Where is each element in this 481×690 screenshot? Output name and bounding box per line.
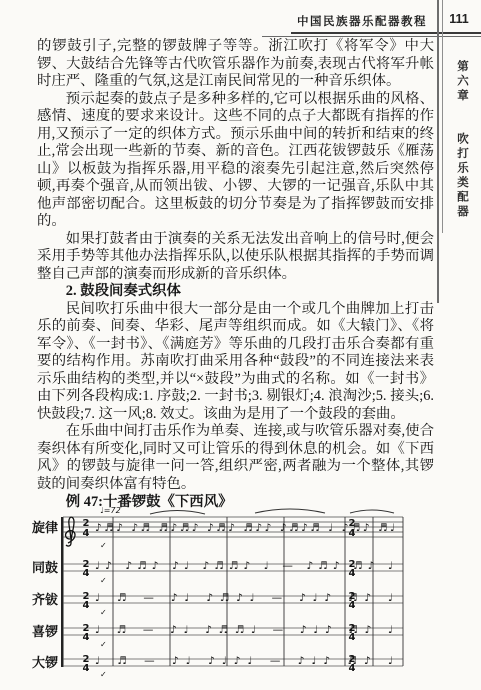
- staff-label: 齐钹: [32, 592, 58, 607]
- svg-text:4: 4: [83, 663, 90, 674]
- chapter-side-tab: 第六章 吹打乐类配器: [446, 60, 470, 280]
- system-bracket: [61, 517, 64, 667]
- grace-mark: ✓: [100, 640, 107, 649]
- book-title: 中国民族器乐配器教程: [297, 13, 427, 29]
- paragraph: 的锣鼓引子,完整的锣鼓牌子等等。浙江吹打《将军令》中大锣、大鼓结合先锋等古代吹管…: [37, 38, 434, 91]
- body-text: 的锣鼓引子,完整的锣鼓牌子等等。浙江吹打《将军令》中大锣、大鼓结合先锋等古代吹管…: [37, 38, 434, 512]
- paragraph: 民间吹打乐曲中很大一部分是由一个或几个曲牌加上打击乐的前奏、间奏、华彩、尾声等组…: [37, 301, 434, 424]
- score-figure: 旋律 同鼓 齐钹 喜锣 大锣 ♩=72 2 4 2 4 2 4 2 4 2 4: [0, 505, 481, 685]
- grace-mark: ✓: [100, 541, 107, 550]
- staff-label: 旋律: [32, 520, 58, 535]
- staff-notes: ♩ ♬ — ♪♩ ♪♩♪♩ — ♪♩♪ ♬♪ ♩: [95, 655, 393, 667]
- slur-arcs: [150, 509, 394, 514]
- score-svg: 旋律 同鼓 齐钹 喜锣 大锣 ♩=72 2 4 2 4 2 4 2 4 2 4: [0, 505, 481, 685]
- staff-label: 同鼓: [32, 560, 59, 575]
- svg-text:4: 4: [83, 528, 90, 539]
- grace-mark: ✓: [100, 608, 107, 617]
- staff-notes: ♩ ♬ — ♪♩ ♪♬♪♩ — ♪♩♪ ♬♪ ♩: [95, 592, 393, 604]
- header-rule-primary: [291, 32, 481, 34]
- header-rule-secondary: [262, 36, 481, 37]
- staff-label: 喜锣: [32, 624, 58, 639]
- grace-mark: ✓: [100, 576, 107, 585]
- svg-text:4: 4: [83, 600, 90, 611]
- grace-mark: ✓: [100, 670, 107, 679]
- svg-text:4: 4: [83, 568, 90, 579]
- staff-notes: ♩ ♬ — ♪♩ ♪♬♬♩ — ♪♩♪ ♬♪ ♩: [95, 624, 393, 636]
- time-signature: 2 4 2 4 2 4 2 4 2 4: [83, 518, 90, 674]
- staff-notes: ♪♬♪ ♪♬ ♬♪♬♪ ♪♬♪ ♬♪♪ ♪♬♪♬ ♩ ♪♬♪ ♬♩: [95, 522, 395, 534]
- barline-group: [113, 517, 403, 666]
- paragraph: 在乐曲中间打击乐作为单奏、连接,或与吹管乐器对奏,使合奏织体有所变化,同时又可让…: [37, 423, 434, 493]
- percussion-staff-lines: [63, 564, 403, 666]
- paragraph: 如果打鼓者由于演奏的关系无法发出音响上的信号时,便会采用手势等其他办法指挥乐队,…: [37, 231, 434, 284]
- book-page: 中国民族器乐配器教程 111 第六章 吹打乐类配器 的锣鼓引子,完整的锣鼓牌子等…: [0, 0, 481, 690]
- tempo-marking: ♩=72: [100, 506, 121, 515]
- svg-text:4: 4: [83, 632, 90, 643]
- section-label: 吹打乐类配器: [456, 133, 468, 220]
- paragraph: 预示起奏的鼓点子是多种多样的,它可以根据乐曲的风格、感情、速度的要求来设计。这些…: [37, 91, 434, 231]
- margin-rule-inner: [442, 0, 443, 233]
- page-number: 111: [442, 12, 476, 26]
- chapter-label: 第六章: [456, 60, 468, 104]
- staff-label: 大锣: [32, 655, 58, 670]
- margin-rule-outer: [437, 0, 439, 303]
- section-heading: 2. 鼓段间奏式织体: [37, 283, 434, 301]
- treble-clef-icon: [66, 517, 75, 546]
